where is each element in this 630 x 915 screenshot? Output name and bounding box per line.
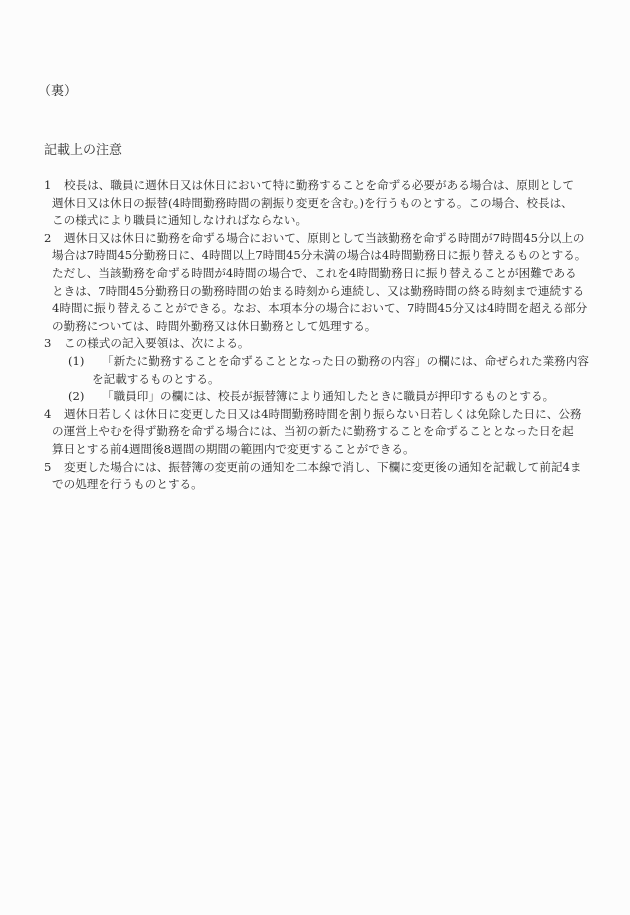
document-page: （裏） 記載上の注意 1校長は、職員に週休日又は休日において特に勤務することを命… <box>0 0 630 915</box>
note-number: 1 <box>44 177 64 195</box>
note-item-5: 5変更した場合には、振替簿の変更前の通知を二本線で消し、下欄に変更後の通知を記載… <box>44 459 614 477</box>
note-text: 4時間に振り替えることができる。なお、本項本分の場合において、7時間45分又は4… <box>52 301 587 315</box>
note-number: 5 <box>44 459 64 477</box>
section-title: 記載上の注意 <box>44 143 122 159</box>
note-subitem-3-2: (2)「職員印」の欄には、校長が振替簿により通知したときに職員が押印するものとす… <box>44 388 614 406</box>
note-item-2-continuation: の勤務については、時間外勤務又は休日勤務として処理する。 <box>44 318 614 336</box>
note-text: 算日とする前4週間後8週間の期間の範囲内で変更することができる。 <box>52 442 415 456</box>
subitem-number: (1) <box>68 353 102 371</box>
note-item-4-continuation: の運営上やむを得ず勤務を命ずる場合には、当初の新たに勤務することを命ずることとな… <box>44 423 614 441</box>
note-item-4-continuation: 算日とする前4週間後8週間の期間の範囲内で変更することができる。 <box>44 441 614 459</box>
notes-list: 1校長は、職員に週休日又は休日において特に勤務することを命ずる必要がある場合は、… <box>44 177 614 494</box>
note-item-5-continuation: での処理を行うものとする。 <box>44 476 614 494</box>
note-number: 4 <box>44 406 64 424</box>
note-item-2-continuation: ときは、7時間45分勤務日の勤務時間の始まる時刻から連続し、又は勤務時間の終る時… <box>44 283 614 301</box>
note-item-4: 4週休日若しくは休日に変更した日又は4時間勤務時間を割り振らない日若しくは免除し… <box>44 406 614 424</box>
note-item-2-continuation: ただし、当該勤務を命ずる時間が4時間の場合で、これを4時間勤務日に振り替えること… <box>44 265 614 283</box>
note-item-1-continuation: 週休日又は休日の振替(4時間勤務時間の割振り変更を含む。)を行うものとする。この… <box>44 195 614 213</box>
note-subitem-3-1: (1)「新たに勤務することを命ずることとなった日の勤務の内容」の欄には、命ぜられ… <box>44 353 614 371</box>
note-item-1-continuation: この様式により職員に通知しなければならない。 <box>44 212 614 230</box>
note-number: 2 <box>44 230 64 248</box>
note-subitem-3-1-continuation: を記載するものとする。 <box>44 371 614 389</box>
note-text: の勤務については、時間外勤務又は休日勤務として処理する。 <box>52 319 376 333</box>
note-text: 週休日又は休日の振替(4時間勤務時間の割振り変更を含む。)を行うものとする。この… <box>52 196 573 210</box>
note-text: ときは、7時間45分勤務日の勤務時間の始まる時刻から連続し、又は勤務時間の終る時… <box>52 284 584 298</box>
note-text: での処理を行うものとする。 <box>52 477 203 491</box>
note-text: この様式により職員に通知しなければならない。 <box>52 213 307 227</box>
note-text: 週休日若しくは休日に変更した日又は4時間勤務時間を割り振らない日若しくは免除した… <box>64 407 582 421</box>
reverse-side-label: （裏） <box>38 84 77 100</box>
note-text: の運営上やむを得ず勤務を命ずる場合には、当初の新たに勤務することを命ずることとな… <box>52 424 574 438</box>
note-text: 「新たに勤務することを命ずることとなった日の勤務の内容」の欄には、命ぜられた業務… <box>102 354 589 368</box>
note-item-2-continuation: 場合は7時間45分勤務日に、4時間以上7時間45分未満の場合は4時間勤務日に振り… <box>44 247 614 265</box>
note-item-1: 1校長は、職員に週休日又は休日において特に勤務することを命ずる必要がある場合は、… <box>44 177 614 195</box>
note-item-2-continuation: 4時間に振り替えることができる。なお、本項本分の場合において、7時間45分又は4… <box>44 300 614 318</box>
note-text: 「職員印」の欄には、校長が振替簿により通知したときに職員が押印するものとする。 <box>102 389 554 403</box>
note-number: 3 <box>44 335 64 353</box>
note-text: 変更した場合には、振替簿の変更前の通知を二本線で消し、下欄に変更後の通知を記載し… <box>64 460 582 474</box>
subitem-number: (2) <box>68 388 102 406</box>
note-item-3: 3この様式の記入要領は、次による。 <box>44 335 614 353</box>
note-text: 場合は7時間45分勤務日に、4時間以上7時間45分未満の場合は4時間勤務日に振り… <box>52 248 586 262</box>
note-text: ただし、当該勤務を命ずる時間が4時間の場合で、これを4時間勤務日に振り替えること… <box>52 266 577 280</box>
note-text: 校長は、職員に週休日又は休日において特に勤務することを命ずる必要がある場合は、原… <box>64 178 574 192</box>
note-text: 週休日又は休日に勤務を命ずる場合において、原則として当該勤務を命ずる時間が7時間… <box>64 231 584 245</box>
note-text: を記載するものとする。 <box>92 372 220 386</box>
note-item-2: 2週休日又は休日に勤務を命ずる場合において、原則として当該勤務を命ずる時間が7時… <box>44 230 614 248</box>
note-text: この様式の記入要領は、次による。 <box>64 336 250 350</box>
